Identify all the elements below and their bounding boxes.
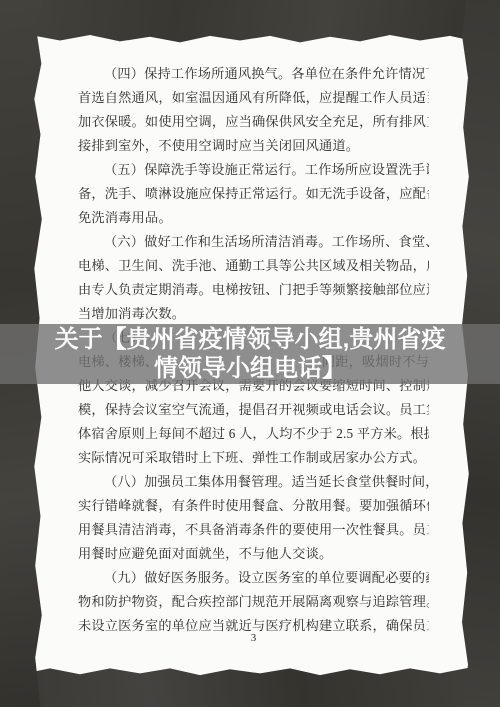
doc-line: 接排到室外，不使用空调时应当关闭回风通道。: [78, 134, 429, 158]
doc-line: 当增加消毒次数。: [78, 302, 429, 326]
doc-line: （六）做好工作和生活场所清洁消毒。工作场所、食堂、: [78, 230, 429, 254]
doc-line: 免洗消毒用品。: [78, 206, 429, 230]
doc-line: 实际情况可采取错时上下班、弹性工作制或居家办公方式。: [78, 446, 429, 470]
doc-line: 电梯、卫生间、洗手池、通勤工具等公共区域及相关物品，应: [78, 254, 429, 278]
doc-line: 用餐具清洁消毒，不具备消毒条件的要使用一次性餐具。员工: [78, 518, 429, 542]
scan-border-top: [0, 0, 500, 46]
scan-border-bottom: [0, 665, 500, 707]
overlay-title-line2: 情领导小组电话】: [48, 354, 452, 383]
doc-line: 模，保持会议室空气流通，提倡召开视频或电话会议。员工集: [78, 398, 429, 422]
doc-line: （四）保持工作场所通风换气。各单位在条件允许情况下: [78, 62, 429, 86]
doc-line: 物和防护物资，配合疾控部门规范开展隔离观察与追踪管理。: [78, 590, 429, 614]
doc-line: 由专人负责定期消毒。电梯按钮、门把手等频繁接触部位应适: [78, 278, 429, 302]
doc-line: 实行错峰就餐，有条件时使用餐盒、分散用餐。要加强循环使: [78, 494, 429, 518]
doc-line: 加衣保暖。如使用空调，应当确保供风安全充足，所有排风直: [78, 110, 429, 134]
doc-line: 备，洗手、喷淋设施应保持正常运行。如无洗手设备，应配备: [78, 182, 429, 206]
doc-line: 首选自然通风，如室温因通风有所降低，应提醒工作人员适当: [78, 86, 429, 110]
doc-line: （八）加强员工集体用餐管理。适当延长食堂供餐时间，: [78, 470, 429, 494]
overlay-title-line1: 关于【贵州省疫情领导小组,贵州省疫: [48, 325, 452, 354]
page-number: 3: [78, 632, 429, 644]
overlay-title: 关于【贵州省疫情领导小组,贵州省疫 情领导小组电话】: [48, 325, 452, 383]
doc-line: （九）做好医务服务。设立医务室的单位要调配必要的药: [78, 566, 429, 590]
doc-line: 用餐时应避免面对面就坐，不与他人交谈。: [78, 542, 429, 566]
scanned-document-screenshot: （四）保持工作场所通风换气。各单位在条件允许情况下 首选自然通风，如室温因通风有…: [0, 0, 500, 707]
title-overlay-banner: 关于【贵州省疫情领导小组,贵州省疫 情领导小组电话】: [0, 324, 500, 384]
doc-line: （五）保障洗手等设施正常运行。工作场所应设置洗手设: [78, 158, 429, 182]
doc-line: 体宿舍原则上每间不超过 6 人，人均不少于 2.5 平方米。根据: [78, 422, 429, 446]
